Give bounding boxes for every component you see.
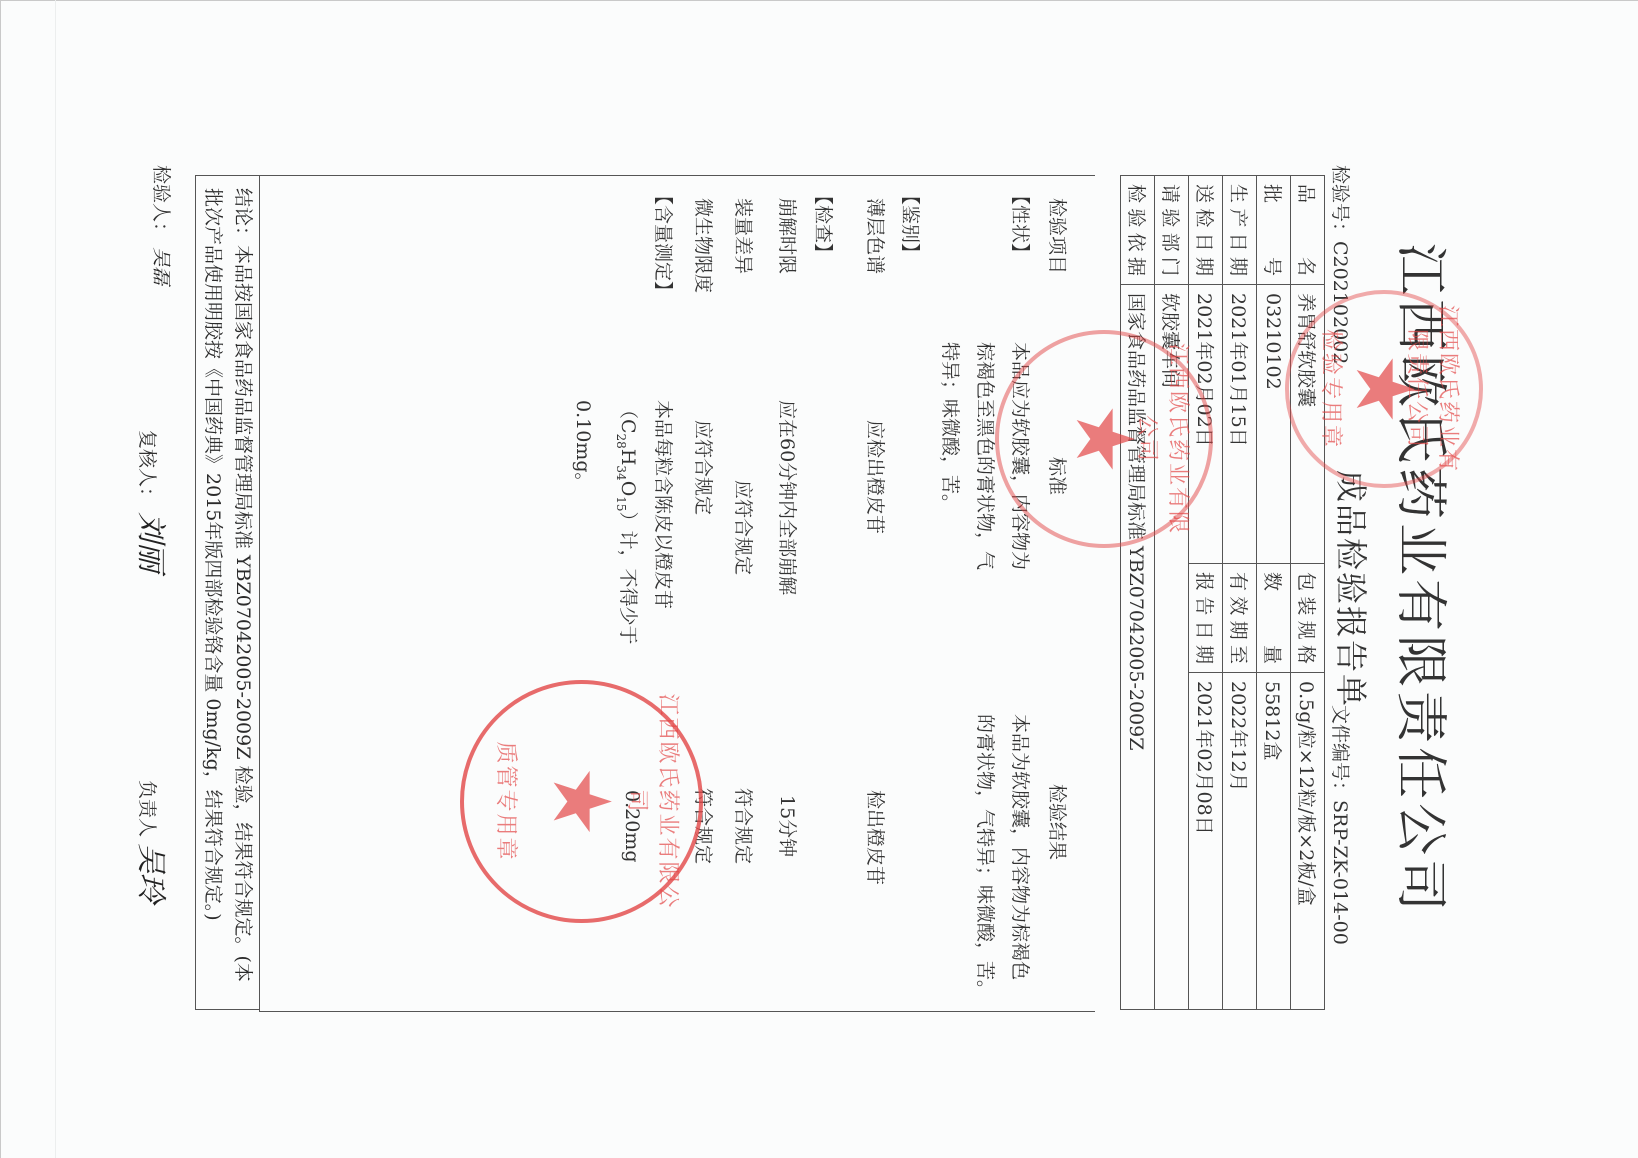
- assay-standard-line-3: 0.10mg。: [571, 400, 598, 491]
- item-microbial-standard: 应符合规定: [691, 420, 718, 515]
- item-fill-variation-result: 符合规定: [731, 788, 758, 864]
- document-number-label: 文件编号：: [1329, 705, 1351, 800]
- manager-signature: 负责人 吴玲: [132, 780, 176, 903]
- table-row: 送检日期 2021年02月02日 报告日期 2021年02月08日: [1189, 176, 1223, 1010]
- description-result-line-2: 的膏状物，气特异；味微酸，苦。: [973, 714, 1000, 999]
- reviewer-label: 复核人：: [136, 430, 158, 506]
- item-tlc-result: 检出橙皮苷: [863, 790, 890, 885]
- label-production-date: 生产日期: [1223, 176, 1257, 285]
- value-expiry-date: 2022年12月: [1223, 673, 1257, 1010]
- conclusion-line-2: 批次产品使用明胶按《中国药典》2015年版四部检验铬含量 0mg/kg，结果符合…: [198, 188, 228, 1009]
- stamp-ring-text: 江西欧氏药业有限责任公司: [1403, 294, 1465, 484]
- section-heading-tests: 【检查】: [811, 186, 838, 262]
- document-number: 文件编号：SRP-ZK-014-00: [1328, 705, 1355, 945]
- column-header-item: 检验项目: [1045, 198, 1072, 274]
- product-info-table: 品 名 养胃舒软胶囊 包装规格 0.5g/粒×12粒/板×2板/盒 批 号 03…: [1120, 175, 1325, 1010]
- conclusion-line-1: 结论：本品按国家食品药品监督管理局标准 YBZ07042005-2009Z 检验…: [228, 188, 258, 1009]
- section-heading-identification: 【鉴别】: [898, 186, 925, 262]
- item-tlc-name: 薄层色谱: [863, 198, 890, 274]
- label-submission-date: 送检日期: [1189, 176, 1223, 285]
- label-package-spec: 包装规格: [1291, 564, 1325, 673]
- label-batch-no: 批 号: [1257, 176, 1291, 285]
- company-seal-stamp: 江西欧氏药业有限公司 ★: [995, 330, 1213, 548]
- assay-standard-line-1: 本品每粒含陈皮以橙皮苷: [651, 400, 678, 609]
- company-name: 江西欧氏药业有限责任公司: [1388, 0, 1463, 1158]
- document-number-value: SRP-ZK-014-00: [1329, 800, 1351, 945]
- stamp-ring-text: 江西欧氏药业有限公司: [1133, 334, 1195, 544]
- value-package-spec: 0.5g/粒×12粒/板×2板/盒: [1291, 673, 1325, 1010]
- item-disintegration-result: 15分钟: [775, 795, 802, 857]
- stamp-bottom-text: 检验专用章: [1317, 294, 1348, 484]
- item-disintegration-name: 崩解时限: [775, 198, 802, 274]
- table-row: 生产日期 2021年01月15日 有效期至 2022年12月: [1223, 176, 1257, 1010]
- inspection-number-label: 检验号：: [1329, 165, 1351, 241]
- star-icon: ★: [1064, 403, 1144, 475]
- value-batch-no: 03210102: [1257, 285, 1291, 564]
- conclusion-box: 结论：本品按国家食品药品监督管理局标准 YBZ07042005-2009Z 检验…: [195, 175, 260, 1010]
- item-tlc-standard: 应检出橙皮苷: [863, 420, 890, 534]
- assay-standard-line-2: （C28H34O15）计，不得少于: [614, 400, 643, 645]
- value-report-date: 2021年02月08日: [1189, 673, 1223, 1010]
- quality-seal-stamp: 江西欧氏药业有限公司 ★ 质管专用章: [460, 680, 703, 923]
- stamp-bottom-text: 质管专用章: [492, 684, 523, 919]
- label-quantity: 数 量: [1257, 564, 1291, 673]
- label-requesting-dept: 请验部门: [1155, 176, 1189, 285]
- label-report-date: 报告日期: [1189, 564, 1223, 673]
- label-expiry-date: 有效期至: [1223, 564, 1257, 673]
- description-standard-line-3: 特异；味微酸，苦。: [938, 342, 965, 513]
- reviewer-name: 刘丽: [133, 512, 168, 572]
- description-result-line-1: 本品为软胶囊，内容物为棕褐色: [1008, 714, 1035, 980]
- column-header-result: 检验结果: [1045, 784, 1072, 860]
- inspector-signature: 检验人： 吴磊: [149, 165, 176, 285]
- inspection-report-page: 江西欧氏药业有限责任公司 成品检验报告单 检验号：C202102002 文件编号…: [0, 0, 1638, 1158]
- manager-label: 负责人: [136, 780, 158, 837]
- star-icon: ★: [542, 766, 622, 838]
- section-heading-assay: 【含量测定】: [651, 186, 678, 300]
- table-row: 请验部门 软胶囊车间: [1155, 176, 1189, 1010]
- section-heading-description: 【性状】: [1008, 186, 1035, 262]
- item-microbial-name: 微生物限度: [691, 198, 718, 293]
- stamp-ring-text: 江西欧氏药业有限公司: [623, 684, 685, 919]
- item-fill-variation-name: 装量差异: [731, 198, 758, 274]
- report-title: 成品检验报告单: [1330, 470, 1376, 708]
- table-row: 批 号 03210102 数 量 55812盒: [1257, 176, 1291, 1010]
- reviewer-signature: 复核人： 刘丽: [132, 430, 176, 572]
- label-product-name: 品 名: [1291, 176, 1325, 285]
- value-quantity: 55812盒: [1257, 673, 1291, 1010]
- table-row: 检验依据 国家食品药品监督管理局标准 YBZ07042005-2009Z: [1121, 176, 1155, 1010]
- item-fill-variation-standard: 应符合规定: [731, 480, 758, 575]
- inspection-seal-stamp: 江西欧氏药业有限责任公司 ★ 检验专用章: [1285, 290, 1483, 488]
- value-production-date: 2021年01月15日: [1223, 285, 1257, 564]
- inspector-label: 检验人：: [150, 165, 172, 241]
- label-inspection-basis: 检验依据: [1121, 176, 1155, 285]
- item-disintegration-standard: 应在60分钟内全部崩解: [775, 400, 802, 595]
- inspector-name: 吴磊: [150, 247, 172, 285]
- manager-name: 吴玲: [133, 843, 168, 903]
